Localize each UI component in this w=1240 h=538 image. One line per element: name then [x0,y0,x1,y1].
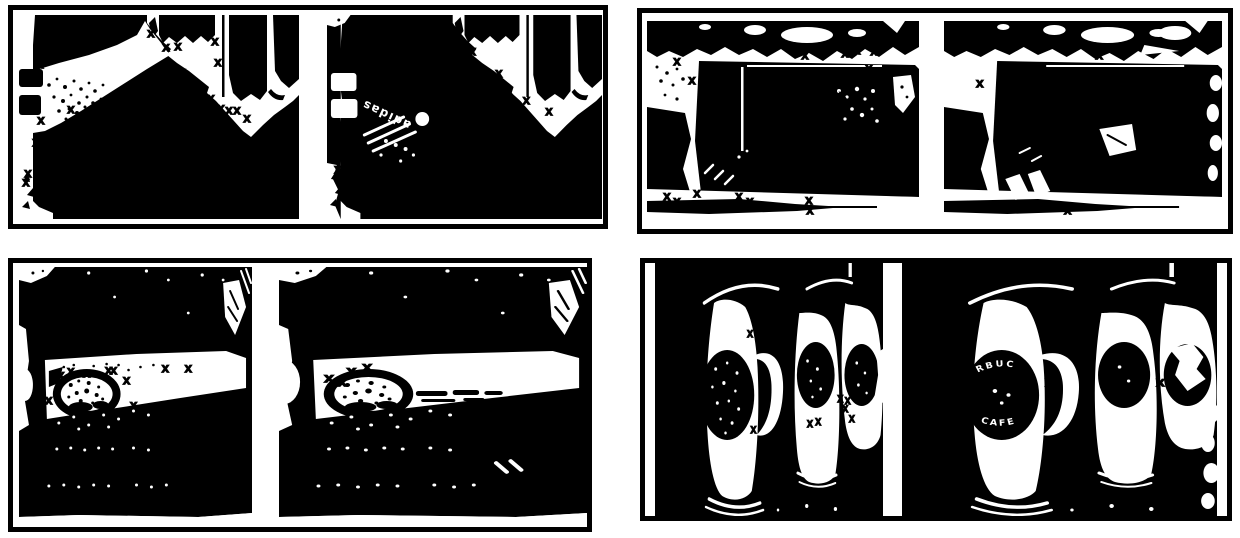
svg-text:x: x [852,453,859,468]
panel-mugs-pair: xxxxxxxxxx RBUC CAFE [640,258,1232,521]
svg-text:x: x [174,40,183,55]
svg-text:x: x [855,102,864,117]
backyard-photo-right: xxxx [944,21,1222,221]
svg-text:x: x [198,87,207,102]
svg-text:x: x [162,41,171,56]
svg-text:x: x [673,55,682,70]
svg-text:x: x [735,190,744,205]
backyard-photo-left: xxxxxxxxxxxxxxxxxxx [647,21,919,221]
svg-text:x: x [865,62,874,77]
svg-text:x: x [673,195,682,210]
sneaker-photo-left: xxxxxxxxxxxxxxxxxxxx [19,15,299,219]
svg-text:x: x [522,93,531,108]
svg-text:x: x [746,195,755,210]
coffee-sign-photo-left: xxxxxxxxxx [19,267,252,524]
svg-text:x: x [211,35,220,50]
svg-text:x: x [67,103,76,118]
svg-text:x: x [207,92,216,107]
panel-sneaker-pair: xxxxxxxxxxxxxxxxxxxx adidas [8,5,608,229]
svg-text:x: x [57,368,66,383]
mugs-photo-left: xxxxxxxxxx [655,263,883,516]
svg-text:x: x [975,77,984,92]
svg-text:x: x [22,176,31,191]
svg-text:x: x [1045,376,1055,391]
svg-text:x: x [688,74,697,89]
svg-text:x: x [334,162,343,177]
svg-text:x: x [880,37,889,52]
panel-coffee-sign-pair: xxxxxxxxxx xxxx [8,258,592,532]
svg-text:x: x [806,204,815,219]
svg-text:x: x [801,49,810,64]
mugs-photo-right: RBUC CAFE xx [902,263,1217,516]
svg-text:x: x [178,66,187,81]
svg-text:x: x [1156,376,1166,391]
svg-text:x: x [586,69,595,84]
panel-backyard-pair: xxxxxxxxxxxxxxxxxxx xxxx [637,8,1233,234]
svg-text:x: x [468,44,477,59]
svg-text:x: x [495,66,504,81]
svg-text:x: x [122,373,131,388]
svg-text:x: x [362,359,373,374]
svg-text:x: x [129,398,138,413]
sneaker-photo-right: adidas xxxxxxx [327,15,602,219]
svg-text:x: x [693,187,702,202]
svg-text:x: x [109,363,118,378]
svg-text:x: x [848,410,855,425]
svg-text:x: x [815,413,822,428]
svg-text:x: x [83,366,92,381]
svg-text:x: x [45,393,54,408]
svg-text:x: x [839,89,848,104]
svg-text:x: x [842,400,849,415]
svg-text:x: x [752,308,759,323]
svg-text:x: x [243,112,252,127]
svg-text:x: x [32,136,41,151]
svg-text:x: x [747,325,754,340]
svg-text:x: x [40,44,49,59]
svg-text:x: x [505,83,514,98]
svg-text:x: x [67,364,76,379]
svg-text:x: x [324,370,335,385]
coffee-sign-photo-right: xxxx [279,267,587,524]
svg-text:x: x [1063,204,1072,219]
svg-text:x: x [1095,49,1104,64]
svg-text:x: x [37,114,46,129]
svg-text:x: x [768,200,777,215]
svg-text:x: x [750,421,757,436]
svg-text:x: x [36,58,45,73]
svg-text:x: x [233,104,242,119]
svg-text:x: x [1006,84,1015,99]
svg-text:x: x [95,119,104,134]
svg-text:x: x [147,27,156,42]
svg-text:x: x [545,104,554,119]
svg-text:x: x [214,56,223,71]
svg-text:x: x [870,45,879,60]
svg-text:x: x [663,190,672,205]
svg-text:x: x [337,374,348,389]
svg-text:x: x [161,361,170,376]
svg-text:x: x [853,44,862,59]
svg-text:x: x [841,47,850,62]
svg-text:x: x [184,361,193,376]
svg-text:x: x [807,415,814,430]
svg-text:x: x [711,77,720,92]
